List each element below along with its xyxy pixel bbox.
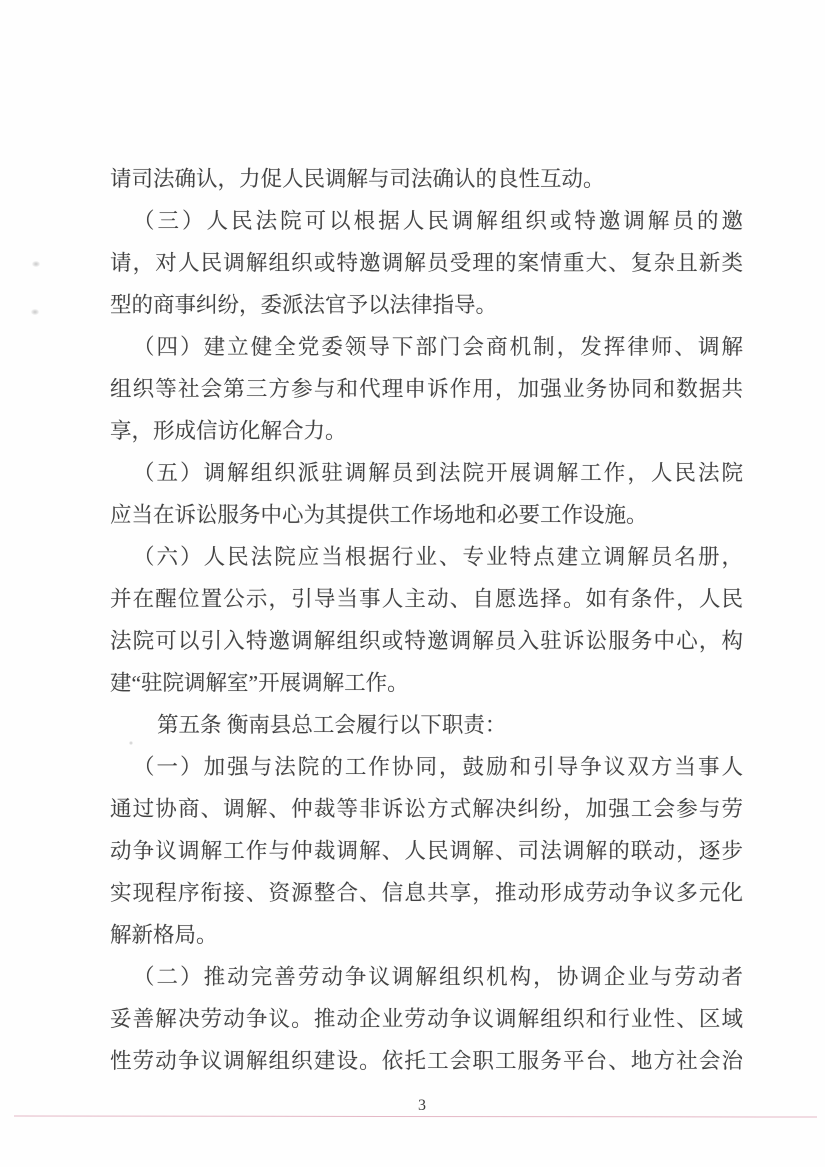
page-number: 3 [418,1098,426,1114]
text-line: 请司法确认，力促人民调解与司法确认的良性互动。 [110,158,743,200]
text-line: 通过协商、调解、仲裁等非诉讼方式解决纠纷，加强工会参与劳 [110,788,743,830]
scan-speck [32,261,40,267]
text-line: 型的商事纠纷，委派法官予以法律指导。 [110,284,743,326]
text-line: 建“驻院调解室”开展调解工作。 [110,662,743,704]
text-line: 法院可以引入特邀调解组织或特邀调解员入驻诉讼服务中心，构 [110,620,743,662]
text-line: （三）人民法院可以根据人民调解组织或特邀调解员的邀 [110,200,743,242]
text-line: （六）人民法院应当根据行业、专业特点建立调解员名册， [110,536,743,578]
text-line: 组织等社会第三方参与和代理申诉作用，加强业务协同和数据共 [110,368,743,410]
footer-separator-line [14,1115,817,1117]
scan-speck [31,309,39,315]
scan-speck [129,741,133,745]
text-line: 请，对人民调解组织或特邀调解员受理的案情重大、复杂且新类 [110,242,743,284]
text-line: 性劳动争议调解组织建设。依托工会职工服务平台、地方社会治 [110,1040,743,1082]
scanned-document-page: 请司法确认，力促人民调解与司法确认的良性互动。（三）人民法院可以根据人民调解组织… [0,0,825,1167]
text-line: 实现程序衔接、资源整合、信息共享，推动形成劳动争议多元化 [110,872,743,914]
document-body: 请司法确认，力促人民调解与司法确认的良性互动。（三）人民法院可以根据人民调解组织… [110,158,743,1082]
text-line: （四）建立健全党委领导下部门会商机制，发挥律师、调解 [110,326,743,368]
text-line: 并在醒位置公示，引导当事人主动、自愿选择。如有条件，人民 [110,578,743,620]
text-line: 解新格局。 [110,914,743,956]
text-line: （一）加强与法院的工作协同，鼓励和引导争议双方当事人 [110,746,743,788]
text-line: 享，形成信访化解合力。 [110,410,743,452]
text-line: （二）推动完善劳动争议调解组织机构，协调企业与劳动者 [110,956,743,998]
text-line: 动争议调解工作与仲裁调解、人民调解、司法调解的联动，逐步 [110,830,743,872]
text-line: 应当在诉讼服务中心为其提供工作场地和必要工作设施。 [110,494,743,536]
text-line: 第五条 衡南县总工会履行以下职责： [110,704,743,746]
text-line: 妥善解决劳动争议。推动企业劳动争议调解组织和行业性、区域 [110,998,743,1040]
text-line: （五）调解组织派驻调解员到法院开展调解工作，人民法院 [110,452,743,494]
